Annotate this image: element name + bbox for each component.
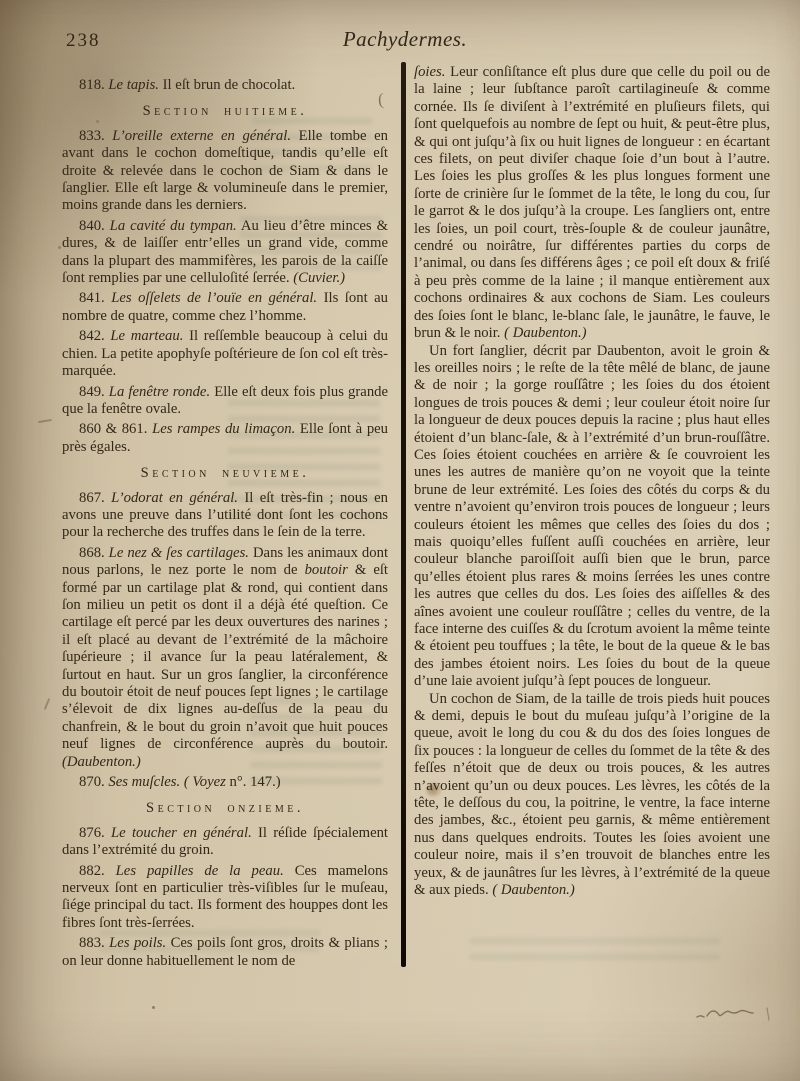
entry-title: Le marteau.: [110, 328, 183, 344]
entry-860-861: 860 & 861. Les rampes du limaçon. Elle ſ…: [62, 421, 388, 456]
entry-867: 867. L’odorat en général. Il eſt très-fi…: [62, 490, 388, 542]
entry-title: Le tapis.: [108, 77, 159, 93]
entry-title: Les poils.: [109, 935, 166, 951]
entry-title: La cavité du tympan.: [110, 218, 237, 234]
entry-841: 841. Les oſſelets de l’ouïe en général. …: [62, 290, 388, 325]
showthrough-ghost: [470, 938, 720, 964]
right-column: ſoies. Leur conſiſtance eſt plus dure qu…: [414, 64, 770, 900]
entry-term: boutoir: [305, 562, 348, 578]
entry-870: 870. Ses muſcles. ( Voyez n°. 147.): [62, 774, 388, 791]
margin-pencil-mark: [44, 698, 50, 710]
entry-title: Les papilles de la peau.: [116, 863, 284, 879]
section-heading-onzieme: Section onzieme.: [62, 800, 388, 817]
entry-title: Les oſſelets de l’ouïe en général.: [111, 290, 317, 306]
entry-number: 818.: [79, 77, 105, 93]
paragraph-body: Leur conſiſtance eſt plus dure que celle…: [414, 64, 770, 341]
entry-number: 870.: [79, 774, 105, 790]
column-divider-rule: [401, 62, 406, 967]
entry-number: 876.: [79, 825, 105, 841]
paragraph-source: ( Daubenton.): [492, 882, 574, 898]
entry-number: 882.: [79, 863, 105, 879]
entry-number: 833.: [79, 128, 105, 144]
entry-ref: ( Voyez: [184, 774, 226, 790]
entry-number: 840.: [79, 218, 105, 234]
paragraph-cochon-de-siam: Un cochon de Siam, de la taille de trois…: [414, 691, 770, 900]
entry-title: L’odorat en général.: [111, 490, 238, 506]
entry-883: 883. Les poils. Ces poils ſont gros, dro…: [62, 935, 388, 970]
section-heading-neuvieme: Section neuvieme.: [62, 465, 388, 482]
paragraph-soies-continuation: ſoies. Leur conſiſtance eſt plus dure qu…: [414, 64, 770, 343]
entry-body: & eſt formé par un cartilage plat & rond…: [62, 562, 388, 752]
entry-number: 841.: [79, 290, 105, 306]
entry-840: 840. La cavité du tympan. Au lieu d’être…: [62, 218, 388, 288]
section-heading-huitieme: Section huitieme.: [62, 103, 388, 120]
entry-title: Le nez & ſes cartilages.: [109, 545, 249, 561]
entry-number: 842.: [79, 328, 105, 344]
entry-882: 882. Les papilles de la peau. Ces mamelo…: [62, 863, 388, 933]
entry-849: 849. La fenêtre ronde. Elle eſt deux foi…: [62, 384, 388, 419]
pencil-squiggle-mark: [695, 1004, 775, 1026]
entry-number: 883.: [79, 935, 105, 951]
entry-818: 818. Le tapis. Il eſt brun de chocolat.: [62, 77, 388, 94]
entry-868: 868. Le nez & ſes cartilages. Dans les a…: [62, 545, 388, 771]
entry-title: Ses muſcles.: [108, 774, 180, 790]
entry-title: Le toucher en général.: [111, 825, 252, 841]
entry-842: 842. Le marteau. Il reſſemble beaucoup à…: [62, 328, 388, 380]
running-title: Pachydermes.: [0, 27, 800, 52]
entry-number: 860 & 861.: [79, 421, 147, 437]
entry-876: 876. Le toucher en général. Il réſide ſp…: [62, 825, 388, 860]
entry-title: La fenêtre ronde.: [109, 384, 210, 400]
entry-number: 867.: [79, 490, 105, 506]
entry-body: Il eſt brun de chocolat.: [163, 77, 296, 93]
lead-word: ſoies.: [414, 64, 445, 80]
paragraph-body: Un cochon de Siam, de la taille de trois…: [414, 691, 770, 898]
entry-source: (Cuvier.): [293, 270, 345, 286]
paragraph-source: ( Daubenton.): [504, 325, 586, 341]
left-column: 818. Le tapis. Il eſt brun de chocolat. …: [62, 70, 388, 973]
entry-source: (Daubenton.): [62, 754, 141, 770]
entry-number: 868.: [79, 545, 105, 561]
entry-title: Les rampes du limaçon.: [152, 421, 295, 437]
paper-speck: [152, 1006, 155, 1009]
book-page-scan: 238 Pachydermes. ( 818. Le tapis. Il eſt…: [0, 0, 800, 1081]
margin-pencil-mark: [38, 419, 52, 423]
entry-ref-number: n°. 147.): [230, 774, 281, 790]
entry-833: 833. L’oreille externe en général. Elle …: [62, 128, 388, 215]
margin-pencil-mark: [58, 246, 61, 249]
paragraph-fort-sanglier: Un fort ſanglier, décrit par Daubenton, …: [414, 343, 770, 691]
entry-number: 849.: [79, 384, 105, 400]
entry-title: L’oreille externe en général.: [112, 128, 291, 144]
